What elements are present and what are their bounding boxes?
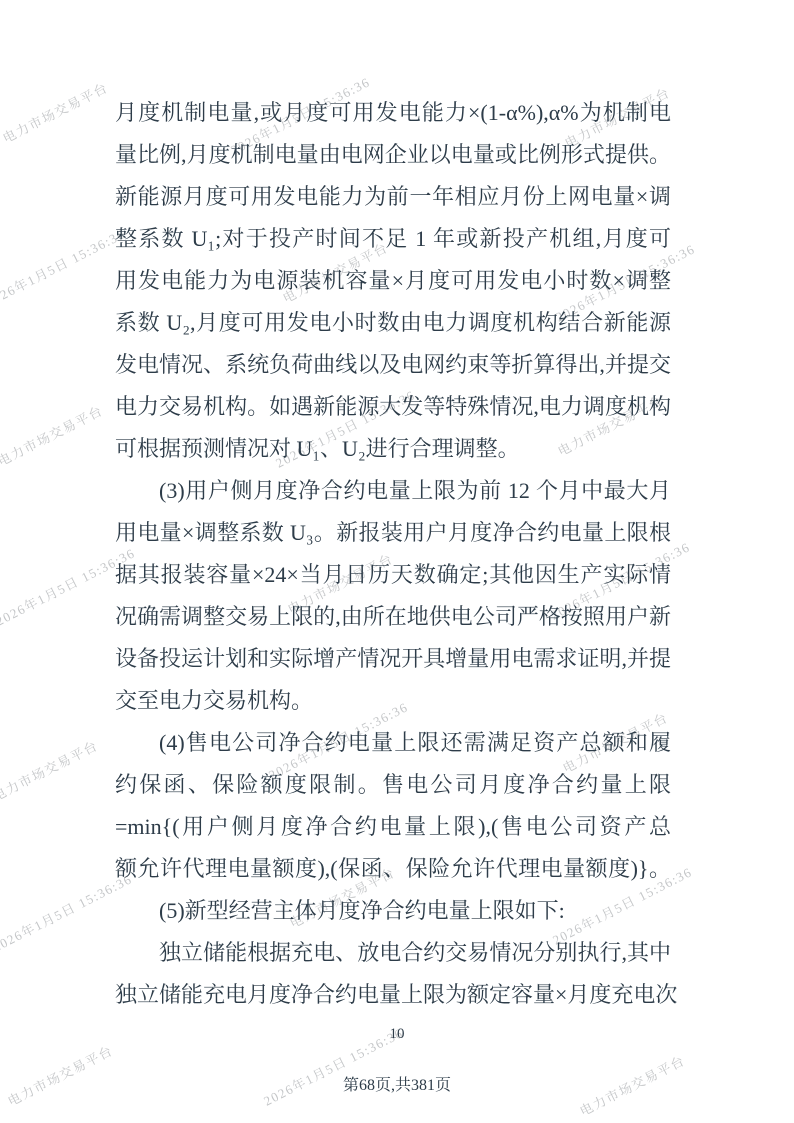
text-line: 量比例,月度机制电量由电网企业以电量或比例形式提供。	[115, 134, 671, 176]
watermark-timestamp-text: 2026年1月5日 15:36:36	[0, 223, 128, 310]
text-line: (3)用户侧月度净合约电量上限为前 12 个月中最大月	[115, 470, 671, 512]
text-line: 用电量×调整系数 U₃。新报装用户月度净合约电量上限根	[115, 512, 671, 554]
watermark-platform-text: 电力市场交易平台	[0, 735, 101, 805]
document-body: 月度机制电量,或月度可用发电能力×(1-α%),α%为机制电量比例,月度机制电量…	[115, 92, 671, 1016]
text-line: 系数 U₂,月度可用发电小时数由电力调度机构结合新能源	[115, 302, 671, 344]
text-line: 额允许代理电量额度),(保函、保险允许代理电量额度)}。	[115, 848, 671, 890]
text-line: 独立储能充电月度净合约电量上限为额定容量×月度充电次	[115, 974, 671, 1016]
text-line: 可根据预测情况对 U₁、U₂进行合理调整。	[115, 428, 671, 470]
page-number: 10	[0, 1026, 794, 1043]
text-line: 况确需调整交易上限的,由所在地供电公司严格按照用户新	[115, 596, 671, 638]
text-line: 约保函、保险额度限制。售电公司月度净合约量上限	[115, 764, 671, 806]
watermark-platform-text: 电力市场交易平台	[0, 400, 106, 470]
text-line: (5)新型经营主体月度净合约电量上限如下:	[115, 890, 671, 932]
footer-page-info: 第68页,共381页	[0, 1072, 794, 1095]
text-line: 据其报装容量×24×当月日历天数确定;其他因生产实际情	[115, 554, 671, 596]
text-line: 整系数 U₁;对于投产时间不足 1 年或新投产机组,月度可	[115, 218, 671, 260]
text-line: 电力交易机构。如遇新能源大发等特殊情况,电力调度机构	[115, 386, 671, 428]
text-line: 设备投运计划和实际增产情况开具增量用电需求证明,并提	[115, 638, 671, 680]
text-line: (4)售电公司净合约电量上限还需满足资产总额和履	[115, 722, 671, 764]
text-line: 发电情况、系统负荷曲线以及电网约束等折算得出,并提交	[115, 344, 671, 386]
text-line: =min{(用户侧月度净合约电量上限),(售电公司资产总	[115, 806, 671, 848]
text-line: 交至电力交易机构。	[115, 680, 671, 722]
watermark-platform-text: 电力市场交易平台	[0, 77, 111, 147]
text-line: 用发电能力为电源装机容量×月度可用发电小时数×调整	[115, 260, 671, 302]
document-page: 电力市场交易平台2026年1月5日 15:36:36电力市场交易平台2026年1…	[0, 0, 794, 1123]
text-line: 独立储能根据充电、放电合约交易情况分别执行,其中	[115, 932, 671, 974]
text-line: 新能源月度可用发电能力为前一年相应月份上网电量×调	[115, 176, 671, 218]
text-line: 月度机制电量,或月度可用发电能力×(1-α%),α%为机制电	[115, 92, 671, 134]
